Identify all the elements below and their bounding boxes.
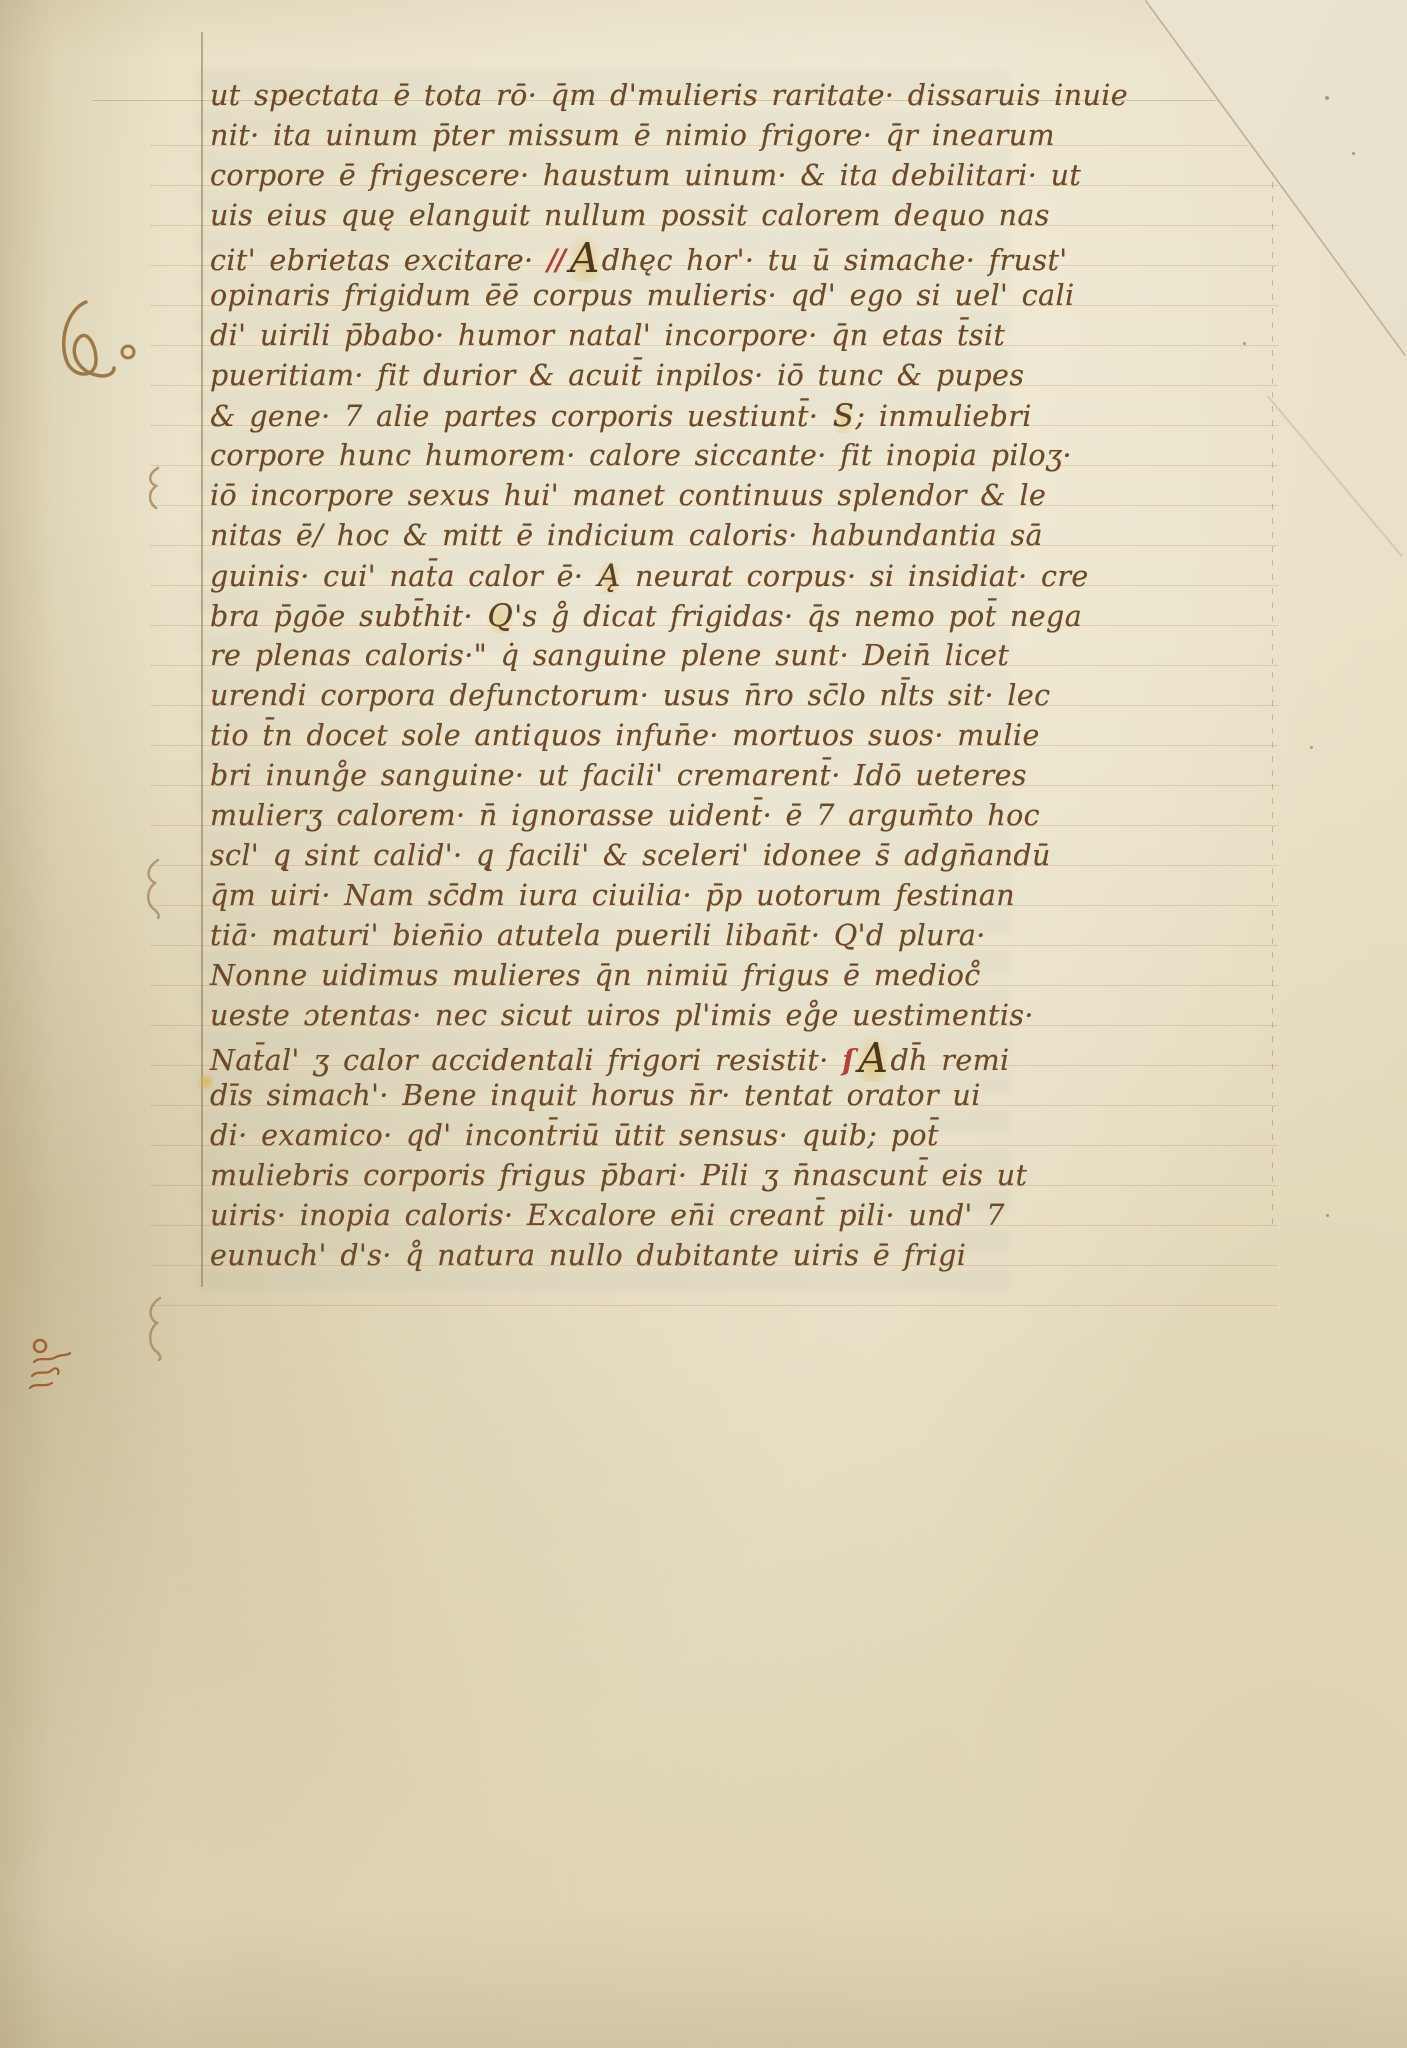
line-text: dhęc hor'· tu ū simache· frust' [602,244,1068,277]
corner-scribble-mark [24,1336,80,1396]
washed-initial: A [856,1034,890,1082]
line-text: dīs simach'· Bene inquit horus n̄r· tent… [210,1079,981,1112]
line-text: & gene· 7 alie partes corporis uestiunt̄… [210,400,832,433]
line-text: tiā· maturi' bien̄io atutela puerili lib… [210,919,986,952]
line-text: di' uirili p̄babo· humor natal' incorpor… [210,319,1005,352]
manuscript-line: opinaris frigidum ēē corpus mulieris· qd… [210,276,1020,316]
line-text: ueste ɔtentas· nec sicut uiros pl'imis e… [210,999,1034,1032]
manuscript-line: scl' q̨ sint calid'· q̨ facili' & sceler… [210,836,1020,876]
nota-leaf-mark [52,296,144,396]
manuscript-line: q̄m uiri· Nam sc̄dm iura ciuilia· p̄p uo… [210,876,1020,916]
manuscript-line: eunuch' d's· q̊ natura nullo dubitante u… [210,1236,1020,1276]
manuscript-line: bra p̄gōe subt̄hit· Q's g̊ dicat frigida… [210,596,1020,636]
line-text: dh̄ remi [890,1044,1009,1077]
line-text: urendi corpora defunctorum· usus n̄ro sc… [210,679,1051,712]
edge-squiggle-mark-3 [144,1296,166,1362]
line-text: uiris· inopia caloris· Excalore en̄i cre… [210,1199,1005,1232]
manuscript-line: uiris· inopia caloris· Excalore en̄i cre… [210,1196,1020,1236]
manuscript-line: tio t̄n docet sole antiquos infun̄e· mor… [210,716,1020,756]
manuscript-line: dīs simach'· Bene inquit horus n̄r· tent… [210,1076,1020,1116]
manuscript-line: ueste ɔtentas· nec sicut uiros pl'imis e… [210,996,1020,1036]
manuscript-line: di' uirili p̄babo· humor natal' incorpor… [210,316,1020,356]
line-text: bri inung̊e sanguine· ut facili' cremare… [210,759,1027,792]
fold-crease-line-faint [1266,395,1403,557]
manuscript-line: bri inung̊e sanguine· ut facili' cremare… [210,756,1020,796]
manuscript-line: Nat̄al' ʒ calor accidentali frigori resi… [210,1036,1020,1076]
washed-capital: S [832,398,856,434]
manuscript-line: Nonne uidimus mulieres q̄n nimiū frigus … [210,956,1020,996]
washed-initial: A [568,234,602,282]
line-text: nitas ē/ hoc & mitt ē indicium caloris· … [210,519,1043,552]
manuscript-line: pueritiam· fit durior & acuit̄ inpilos· … [210,356,1020,396]
line-text: muliebris corporis frigus p̄bari· Pili ʒ… [210,1159,1027,1192]
edge-squiggle-mark-1 [144,466,164,510]
line-text: eunuch' d's· q̊ natura nullo dubitante u… [210,1239,966,1272]
rubric-paraph-mark: // [547,243,564,277]
manuscript-line: nit· ita uinum p̄ter missum ē nimio frig… [210,116,1020,156]
edge-squiggle-mark-2 [142,858,164,920]
ink-speck [1352,152,1355,155]
line-text: pueritiam· fit durior & acuit̄ inpilos· … [210,359,1024,392]
manuscript-line: uis eius quę elanguit nullum possit calo… [210,196,1020,236]
line-text: ; inmuliebri [855,400,1031,433]
line-text: cit' ebrietas excitare· [210,244,547,277]
line-text: tio t̄n docet sole antiquos infun̄e· mor… [210,719,1040,752]
ochre-stain [198,1072,214,1092]
manuscript-line: tiā· maturi' bien̄io atutela puerili lib… [210,916,1020,956]
ink-speck [1243,342,1246,345]
line-text: iō incorpore sexus hui' manet continuus … [210,479,1046,512]
line-text: re plenas caloris·" q̇ sanguine plene su… [210,639,1009,672]
manuscript-line: re plenas caloris·" q̇ sanguine plene su… [210,636,1020,676]
line-text: mulierʒ calorem· n̄ ignorasse uident̄· ē… [210,799,1040,832]
manuscript-line: mulierʒ calorem· n̄ ignorasse uident̄· ē… [210,796,1020,836]
line-text: corpore hunc humorem· calore siccante· f… [210,439,1072,472]
manuscript-line: corpore hunc humorem· calore siccante· f… [210,436,1020,476]
line-text: 's g̊ dicat frigidas· q̄s nemo pot̄ nega [514,600,1082,633]
manuscript-line: muliebris corporis frigus p̄bari· Pili ʒ… [210,1156,1020,1196]
washed-capital: Q [486,598,514,634]
manuscript-line: nitas ē/ hoc & mitt ē indicium caloris· … [210,516,1020,556]
text-block: ut spectata ē tota rō· q̄m d'mulieris ra… [210,76,1020,1276]
manuscript-line: di· examico· qd' incont̄riū ūtit sensus·… [210,1116,1020,1156]
line-text: uis eius quę elanguit nullum possit calo… [210,199,1050,232]
manuscript-line: iō incorpore sexus hui' manet continuus … [210,476,1020,516]
ink-speck [1325,96,1329,100]
line-text: corpore ē frigescere· haustum uinum· & i… [210,159,1081,192]
line-text: q̄m uiri· Nam sc̄dm iura ciuilia· p̄p uo… [210,879,1015,912]
line-text: guinis· cui' nat̄a calor ē· [210,560,597,593]
line-text: scl' q̨ sint calid'· q̨ facili' & sceler… [210,839,1051,872]
line-text: ut spectata ē tota rō· q̄m d'mulieris ra… [210,79,1128,112]
line-text: opinaris frigidum ēē corpus mulieris· qd… [210,279,1075,312]
ink-speck [1326,1214,1329,1217]
manuscript-line: guinis· cui' nat̄a calor ē· Ą neurat cor… [210,556,1020,596]
rubric-paraph-mark: ſ [842,1043,852,1077]
line-text: nit· ita uinum p̄ter missum ē nimio frig… [210,119,1055,152]
ruling-line-vertical-left [201,32,203,1287]
ink-speck [1310,746,1313,749]
line-text: Nat̄al' ʒ calor accidentali frigori resi… [210,1044,842,1077]
manuscript-line: & gene· 7 alie partes corporis uestiunt̄… [210,396,1020,436]
ruling-line-vertical-right [1272,140,1273,1230]
line-text: Nonne uidimus mulieres q̄n nimiū frigus … [210,959,981,992]
manuscript-line: cit' ebrietas excitare· //Adhęc hor'· tu… [210,236,1020,276]
line-text: bra p̄gōe subt̄hit· [210,600,486,633]
manuscript-line: urendi corpora defunctorum· usus n̄ro sc… [210,676,1020,716]
washed-capital: Ą [597,558,622,594]
line-text: neurat corpus· si insidiat· cre [622,560,1089,593]
manuscript-page: ut spectata ē tota rō· q̄m d'mulieris ra… [0,0,1407,2048]
manuscript-line: corpore ē frigescere· haustum uinum· & i… [210,156,1020,196]
manuscript-line: ut spectata ē tota rō· q̄m d'mulieris ra… [210,76,1020,116]
line-text: di· examico· qd' incont̄riū ūtit sensus·… [210,1119,939,1152]
